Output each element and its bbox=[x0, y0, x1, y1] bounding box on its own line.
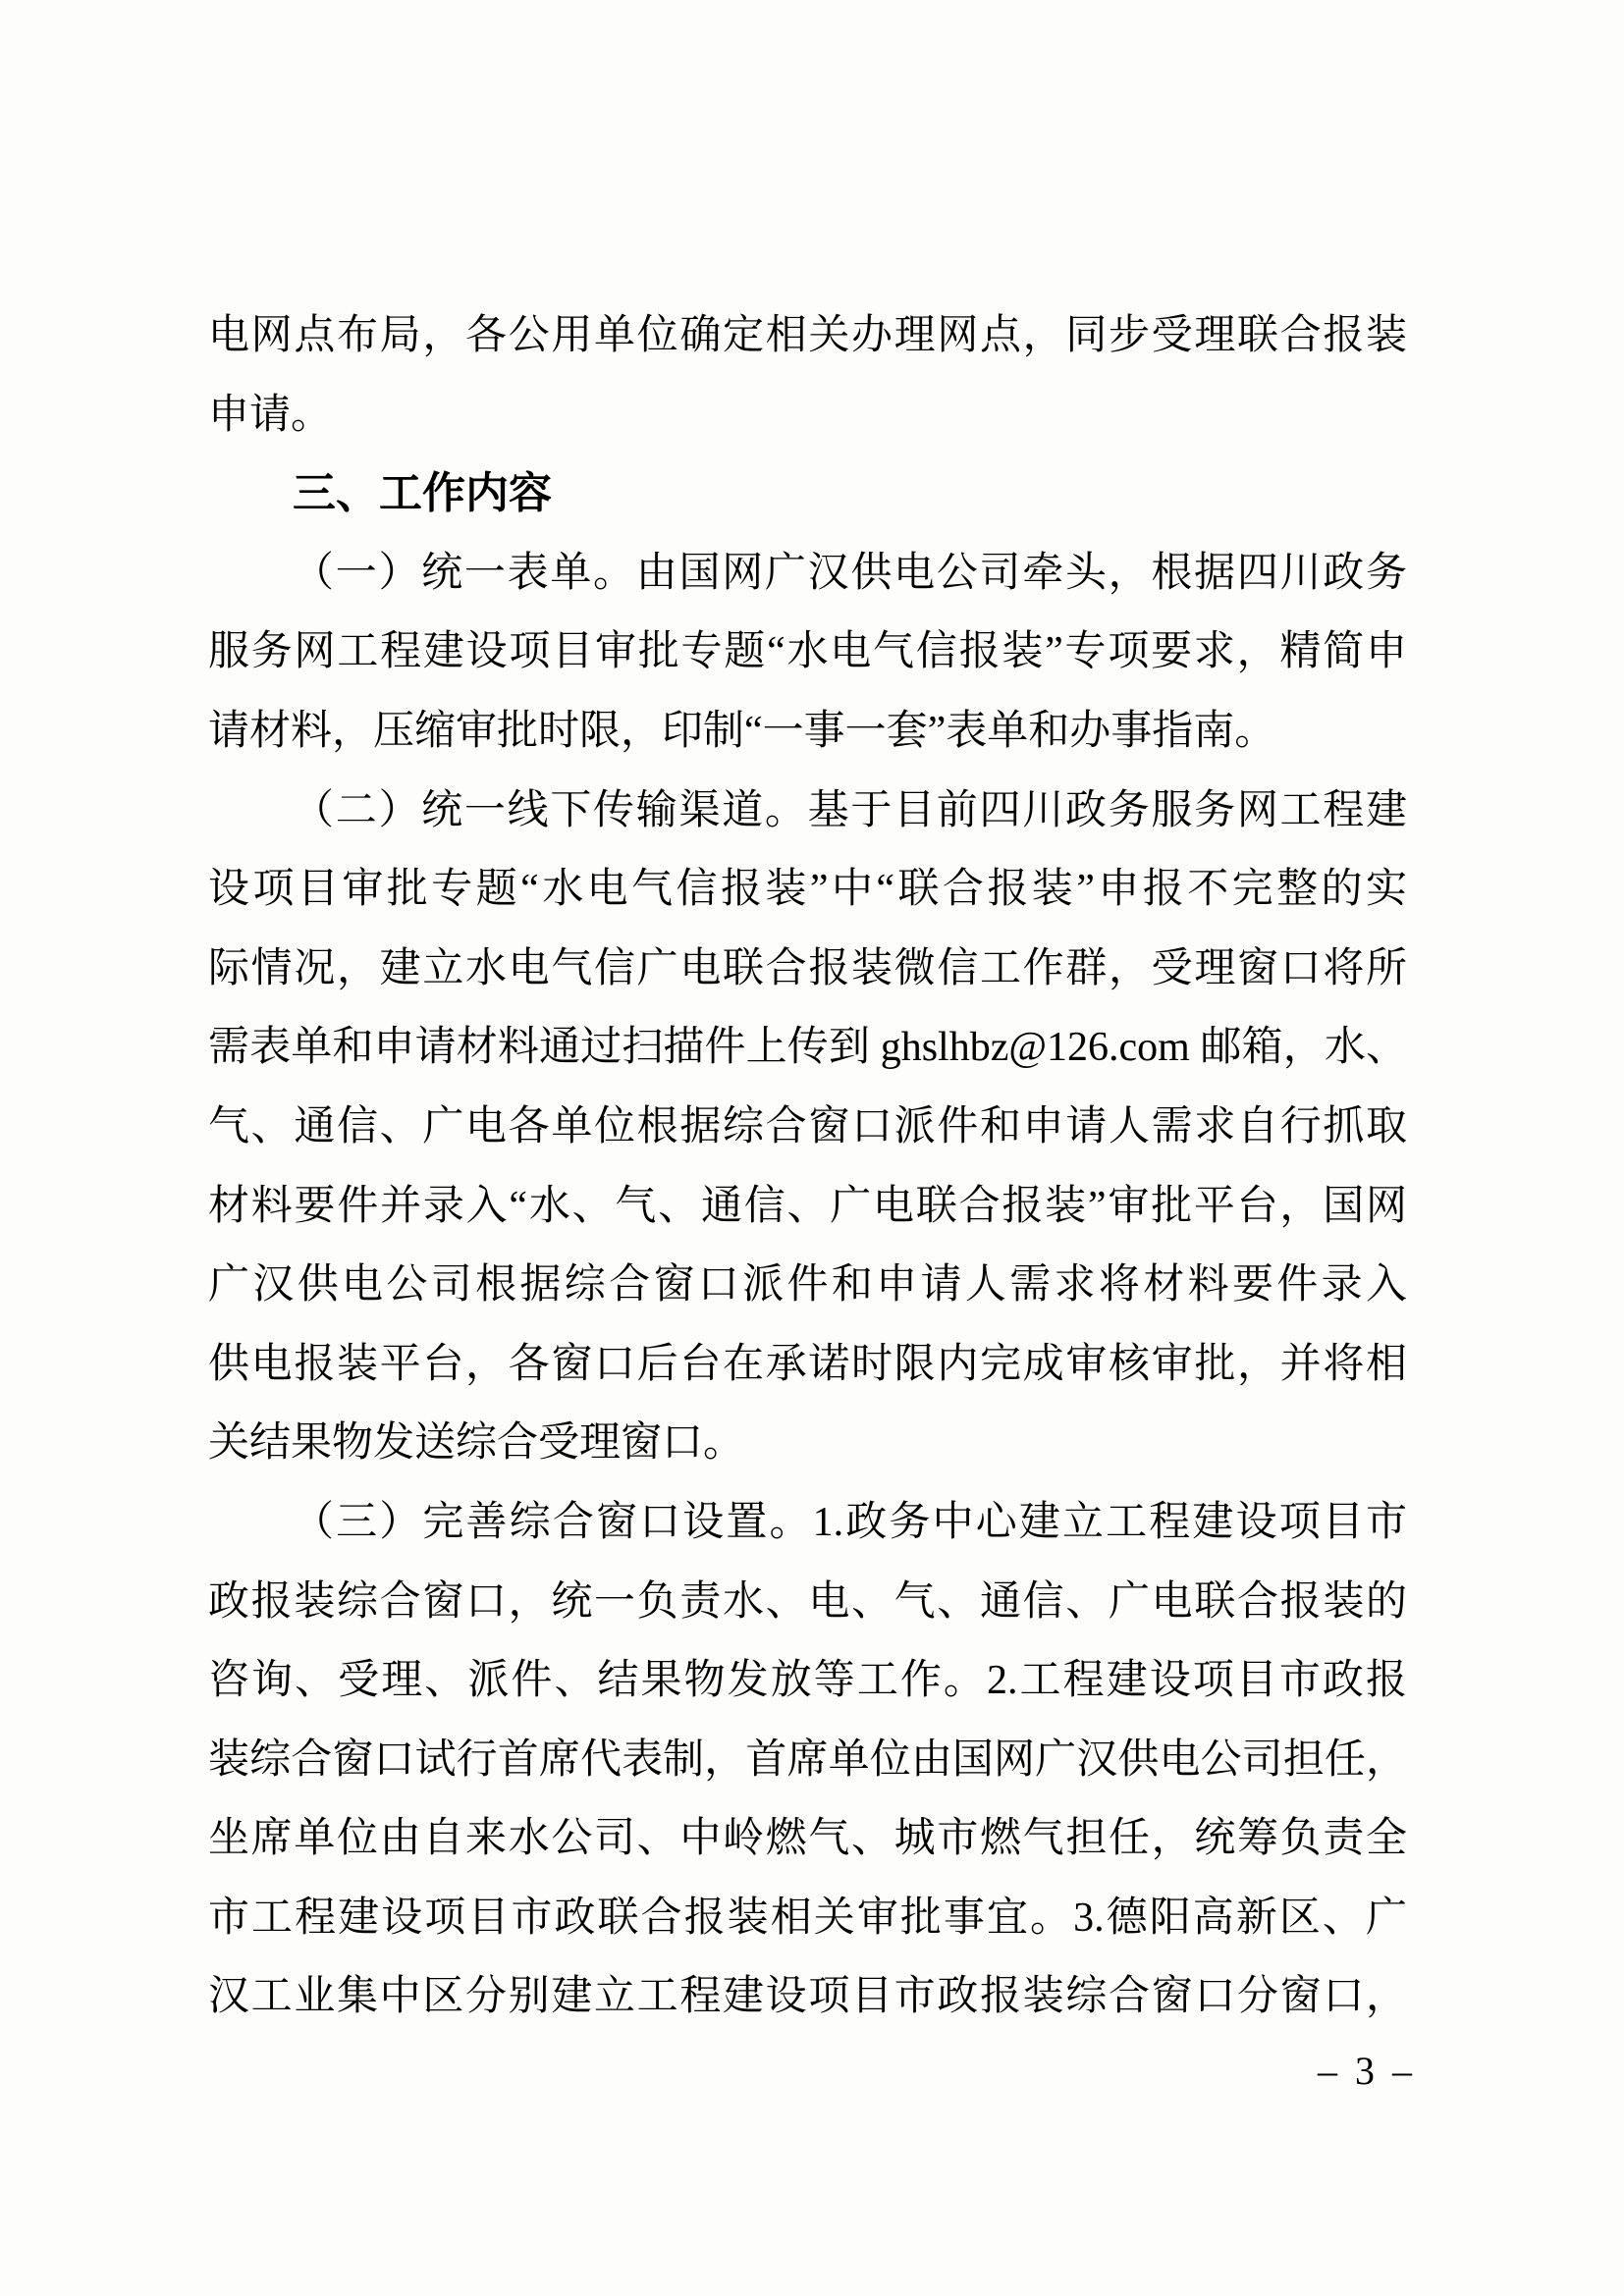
document-line: 市工程建设项目市政联合报装相关审批事宜。3.德阳高新区、广 bbox=[208, 1879, 1407, 1958]
document-line: 汉工业集中区分别建立工程建设项目市政报装综合窗口分窗口， bbox=[208, 1957, 1407, 2037]
section-heading: 三、工作内容 bbox=[208, 454, 1407, 534]
document-page: 电网点布局，各公用单位确定相关办理网点，同步受理联合报装 申请。 三、工作内容 … bbox=[0, 0, 1624, 2296]
document-line: 际情况，建立水电气信广电联合报装微信工作群，受理窗口将所 bbox=[208, 930, 1407, 1009]
document-line: 供电报装平台，各窗口后台在承诺时限内完成审核审批，并将相 bbox=[208, 1325, 1407, 1405]
document-line: 装综合窗口试行首席代表制，首席单位由国网广汉供电公司担任， bbox=[208, 1721, 1407, 1800]
document-line: （三）完善综合窗口设置。1.政务中心建立工程建设项目市 bbox=[208, 1483, 1407, 1563]
document-line: 政报装综合窗口，统一负责水、电、气、通信、广电联合报装的 bbox=[208, 1563, 1407, 1642]
document-line: （一）统一表单。由国网广汉供电公司牵头，根据四川政务 bbox=[208, 534, 1407, 614]
document-line: 设项目审批专题“水电气信报装”中“联合报装”申报不完整的实 bbox=[208, 850, 1407, 930]
document-line: 申请。 bbox=[208, 376, 1407, 455]
document-line: 材料要件并录入“水、气、通信、广电联合报装”审批平台，国网 bbox=[208, 1167, 1407, 1247]
document-line: （二）统一线下传输渠道。基于目前四川政务服务网工程建 bbox=[208, 772, 1407, 851]
document-line: 服务网工程建设项目审批专题“水电气信报装”专项要求，精简申 bbox=[208, 613, 1407, 692]
document-line: 电网点布局，各公用单位确定相关办理网点，同步受理联合报装 bbox=[208, 296, 1407, 376]
document-line: 咨询、受理、派件、结果物发放等工作。2.工程建设项目市政报 bbox=[208, 1641, 1407, 1721]
document-line: 关结果物发送综合受理窗口。 bbox=[208, 1404, 1407, 1483]
document-line: 坐席单位由自来水公司、中岭燃气、城市燃气担任，统筹负责全 bbox=[208, 1799, 1407, 1879]
document-line-email: 需表单和申请材料通过扫描件上传到 ghslhbz@126.com 邮箱，水、 bbox=[208, 1008, 1407, 1088]
document-line: 请材料，压缩审批时限，印制“一事一套”表单和办事指南。 bbox=[208, 692, 1407, 772]
document-line: 气、通信、广电各单位根据综合窗口派件和申请人需求自行抓取 bbox=[208, 1088, 1407, 1167]
document-text-block: 电网点布局，各公用单位确定相关办理网点，同步受理联合报装 申请。 三、工作内容 … bbox=[208, 296, 1407, 2037]
document-line: 广汉供电公司根据综合窗口派件和申请人需求将材料要件录入 bbox=[208, 1246, 1407, 1325]
page-number: – 3 – bbox=[1318, 2048, 1416, 2095]
